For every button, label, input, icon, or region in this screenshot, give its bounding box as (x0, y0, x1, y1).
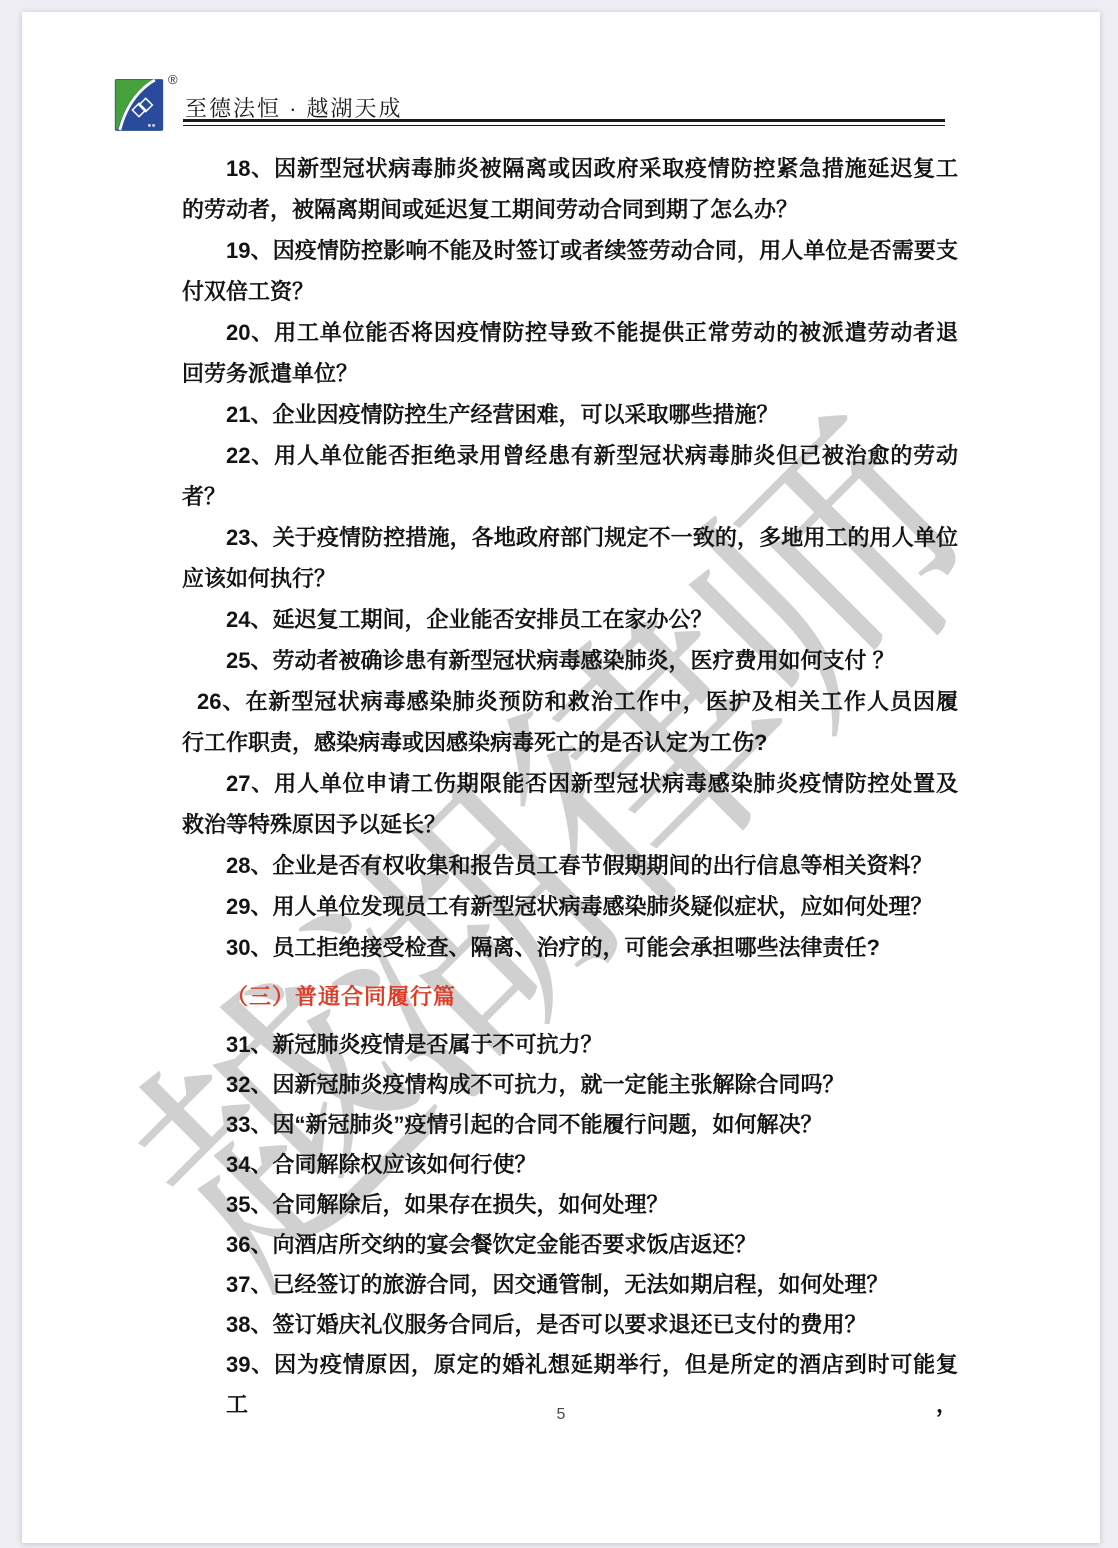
document-page: ® 至德法恒 · 越湖天成 越湖律师 18、因新型冠状病毒肺炎被隔离或因政府采取… (22, 12, 1100, 1543)
question-line: 34、合同解除权应该如何行使？ (182, 1145, 958, 1185)
question-line: 19、因疫情防控影响不能及时签订或者续签劳动合同，用人单位是否需要支 (182, 230, 958, 271)
question-line: 36、向酒店所交纳的宴会餐饮定金能否要求饭店返还？ (182, 1225, 958, 1265)
question-line: 39、因为疫情原因，原定的婚礼想延期举行，但是所定的酒店到时可能复工， (182, 1345, 958, 1385)
question-line: 行工作职责，感染病毒或因感染病毒死亡的是否认定为工伤? (182, 722, 958, 763)
question-line: 32、因新冠肺炎疫情构成不可抗力，就一定能主张解除合同吗？ (182, 1065, 958, 1105)
question-line: 38、签订婚庆礼仪服务合同后，是否可以要求退还已支付的费用？ (182, 1305, 958, 1345)
question-line: 27、用人单位申请工伤期限能否因新型冠状病毒感染肺炎疫情防控处置及 (182, 763, 958, 804)
question-line: 救治等特殊原因予以延长？ (182, 804, 958, 845)
question-line: 的劳动者，被隔离期间或延迟复工期间劳动合同到期了怎么办？ (182, 189, 958, 230)
question-line: 25、劳动者被确诊患有新型冠状病毒感染肺炎，医疗费用如何支付 ？ (182, 640, 958, 681)
question-line: 付双倍工资？ (182, 271, 958, 312)
question-line: 28、企业是否有权收集和报告员工春节假期期间的出行信息等相关资料？ (182, 845, 958, 886)
header-rule-thick (183, 119, 945, 122)
page-number: 5 (22, 1406, 1100, 1424)
header-rule-thin (183, 125, 945, 126)
question-line: 22、用人单位能否拒绝录用曾经患有新型冠状病毒肺炎但已被治愈的劳动 (182, 435, 958, 476)
question-line: 者？ (182, 476, 958, 517)
question-line: 29、用人单位发现员工有新型冠状病毒感染肺炎疑似症状，应如何处理？ (182, 886, 958, 927)
question-line: 18、因新型冠状病毒肺炎被隔离或因政府采取疫情防控紧急措施延迟复工 (182, 148, 958, 189)
question-line: 应该如何执行？ (182, 558, 958, 599)
question-line: 回劳务派遣单位？ (182, 353, 958, 394)
question-line: 35、合同解除后，如果存在损失，如何处理？ (182, 1185, 958, 1225)
document-body: 18、因新型冠状病毒肺炎被隔离或因政府采取疫情防控紧急措施延迟复工的劳动者，被隔… (182, 148, 958, 1385)
question-line: 26、在新型冠状病毒感染肺炎预防和救治工作中，医护及相关工作人员因履 (182, 681, 958, 722)
law-firm-logo-icon (114, 78, 164, 132)
logo-tiny-mark-2 (152, 124, 155, 127)
question-line: 20、用工单位能否将因疫情防控导致不能提供正常劳动的被派遣劳动者退 (182, 312, 958, 353)
question-line: 33、因“新冠肺炎”疫情引起的合同不能履行问题，如何解决？ (182, 1105, 958, 1145)
question-line: 23、关于疫情防控措施，各地政府部门规定不一致的，多地用工的用人单位 (182, 517, 958, 558)
question-line: 37、已经签订的旅游合同，因交通管制，无法如期启程，如何处理？ (182, 1265, 958, 1305)
question-line: 21、企业因疫情防控生产经营困难，可以采取哪些措施？ (182, 394, 958, 435)
question-line: 24、延迟复工期间，企业能否安排员工在家办公？ (182, 599, 958, 640)
question-line: 31、新冠肺炎疫情是否属于不可抗力？ (182, 1025, 958, 1065)
registered-trademark-symbol: ® (168, 72, 178, 87)
section-heading: （三）普通合同履行篇 (182, 976, 958, 1017)
question-line: 30、员工拒绝接受检查、隔离、治疗的，可能会承担哪些法律责任? (182, 927, 958, 968)
logo-tiny-mark-1 (148, 124, 151, 127)
